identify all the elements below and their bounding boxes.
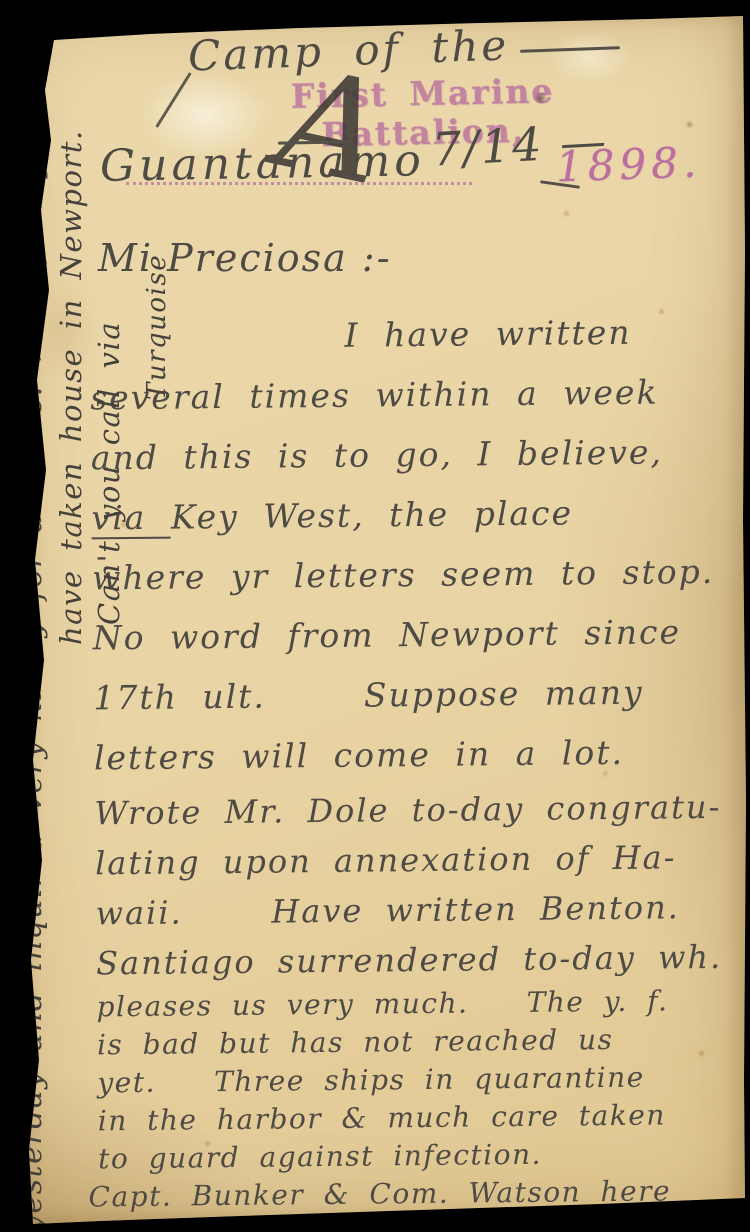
- letter-line: 17th ult. Suppose many: [93, 662, 746, 729]
- letter-line: Capt. Bunker & Com. Watson here: [88, 1172, 750, 1217]
- paper-stains: [0, 0, 3, 3]
- letter-line: via Key West, the place: [91, 482, 744, 549]
- margin-note-word: Turquoise: [142, 150, 172, 400]
- letter-body: I have written several times within a we…: [89, 302, 750, 1217]
- letter-paper: Camp of the First Marine Battalion, A Gu…: [0, 0, 750, 1232]
- year-stamp: 1898.: [555, 137, 702, 191]
- letter-line: I have written: [89, 302, 742, 369]
- ink-blotch: [534, 92, 548, 104]
- letter-line: lating upon annexation of Ha-: [95, 832, 747, 889]
- letter-line: Santiago surrendered to-day wh.: [96, 932, 748, 989]
- margin-note-inner: Can't you call via: [92, 125, 126, 625]
- letter-line: Wrote Mr. Dole to-day congratu-: [94, 782, 746, 839]
- letter-line: where yr letters seem to stop.: [92, 542, 745, 609]
- letter-line: and this is to go, I believe,: [91, 422, 744, 489]
- margin-note-middle: have taken house in Newport.: [54, 45, 88, 645]
- letter-line: in the harbor & much care taken: [98, 1096, 750, 1141]
- letter-line: No word from Newport since: [92, 602, 745, 669]
- letter-line: several times within a week: [90, 362, 743, 429]
- form-dotted-line: [126, 158, 472, 185]
- letter-line: pleases us very much. The y. f.: [96, 982, 748, 1027]
- letter-line: letters will come in a lot.: [94, 722, 747, 789]
- margin-note-outer: yesterday and inquired very kindly for a…: [14, 32, 49, 1232]
- pencil-slash: [155, 72, 191, 128]
- photo-stage: Camp of the First Marine Battalion, A Gu…: [0, 0, 750, 1232]
- pen-flourish: [520, 46, 620, 52]
- line-text: Key West, the place: [171, 493, 574, 536]
- letter-line: waii. Have written Benton.: [95, 882, 747, 939]
